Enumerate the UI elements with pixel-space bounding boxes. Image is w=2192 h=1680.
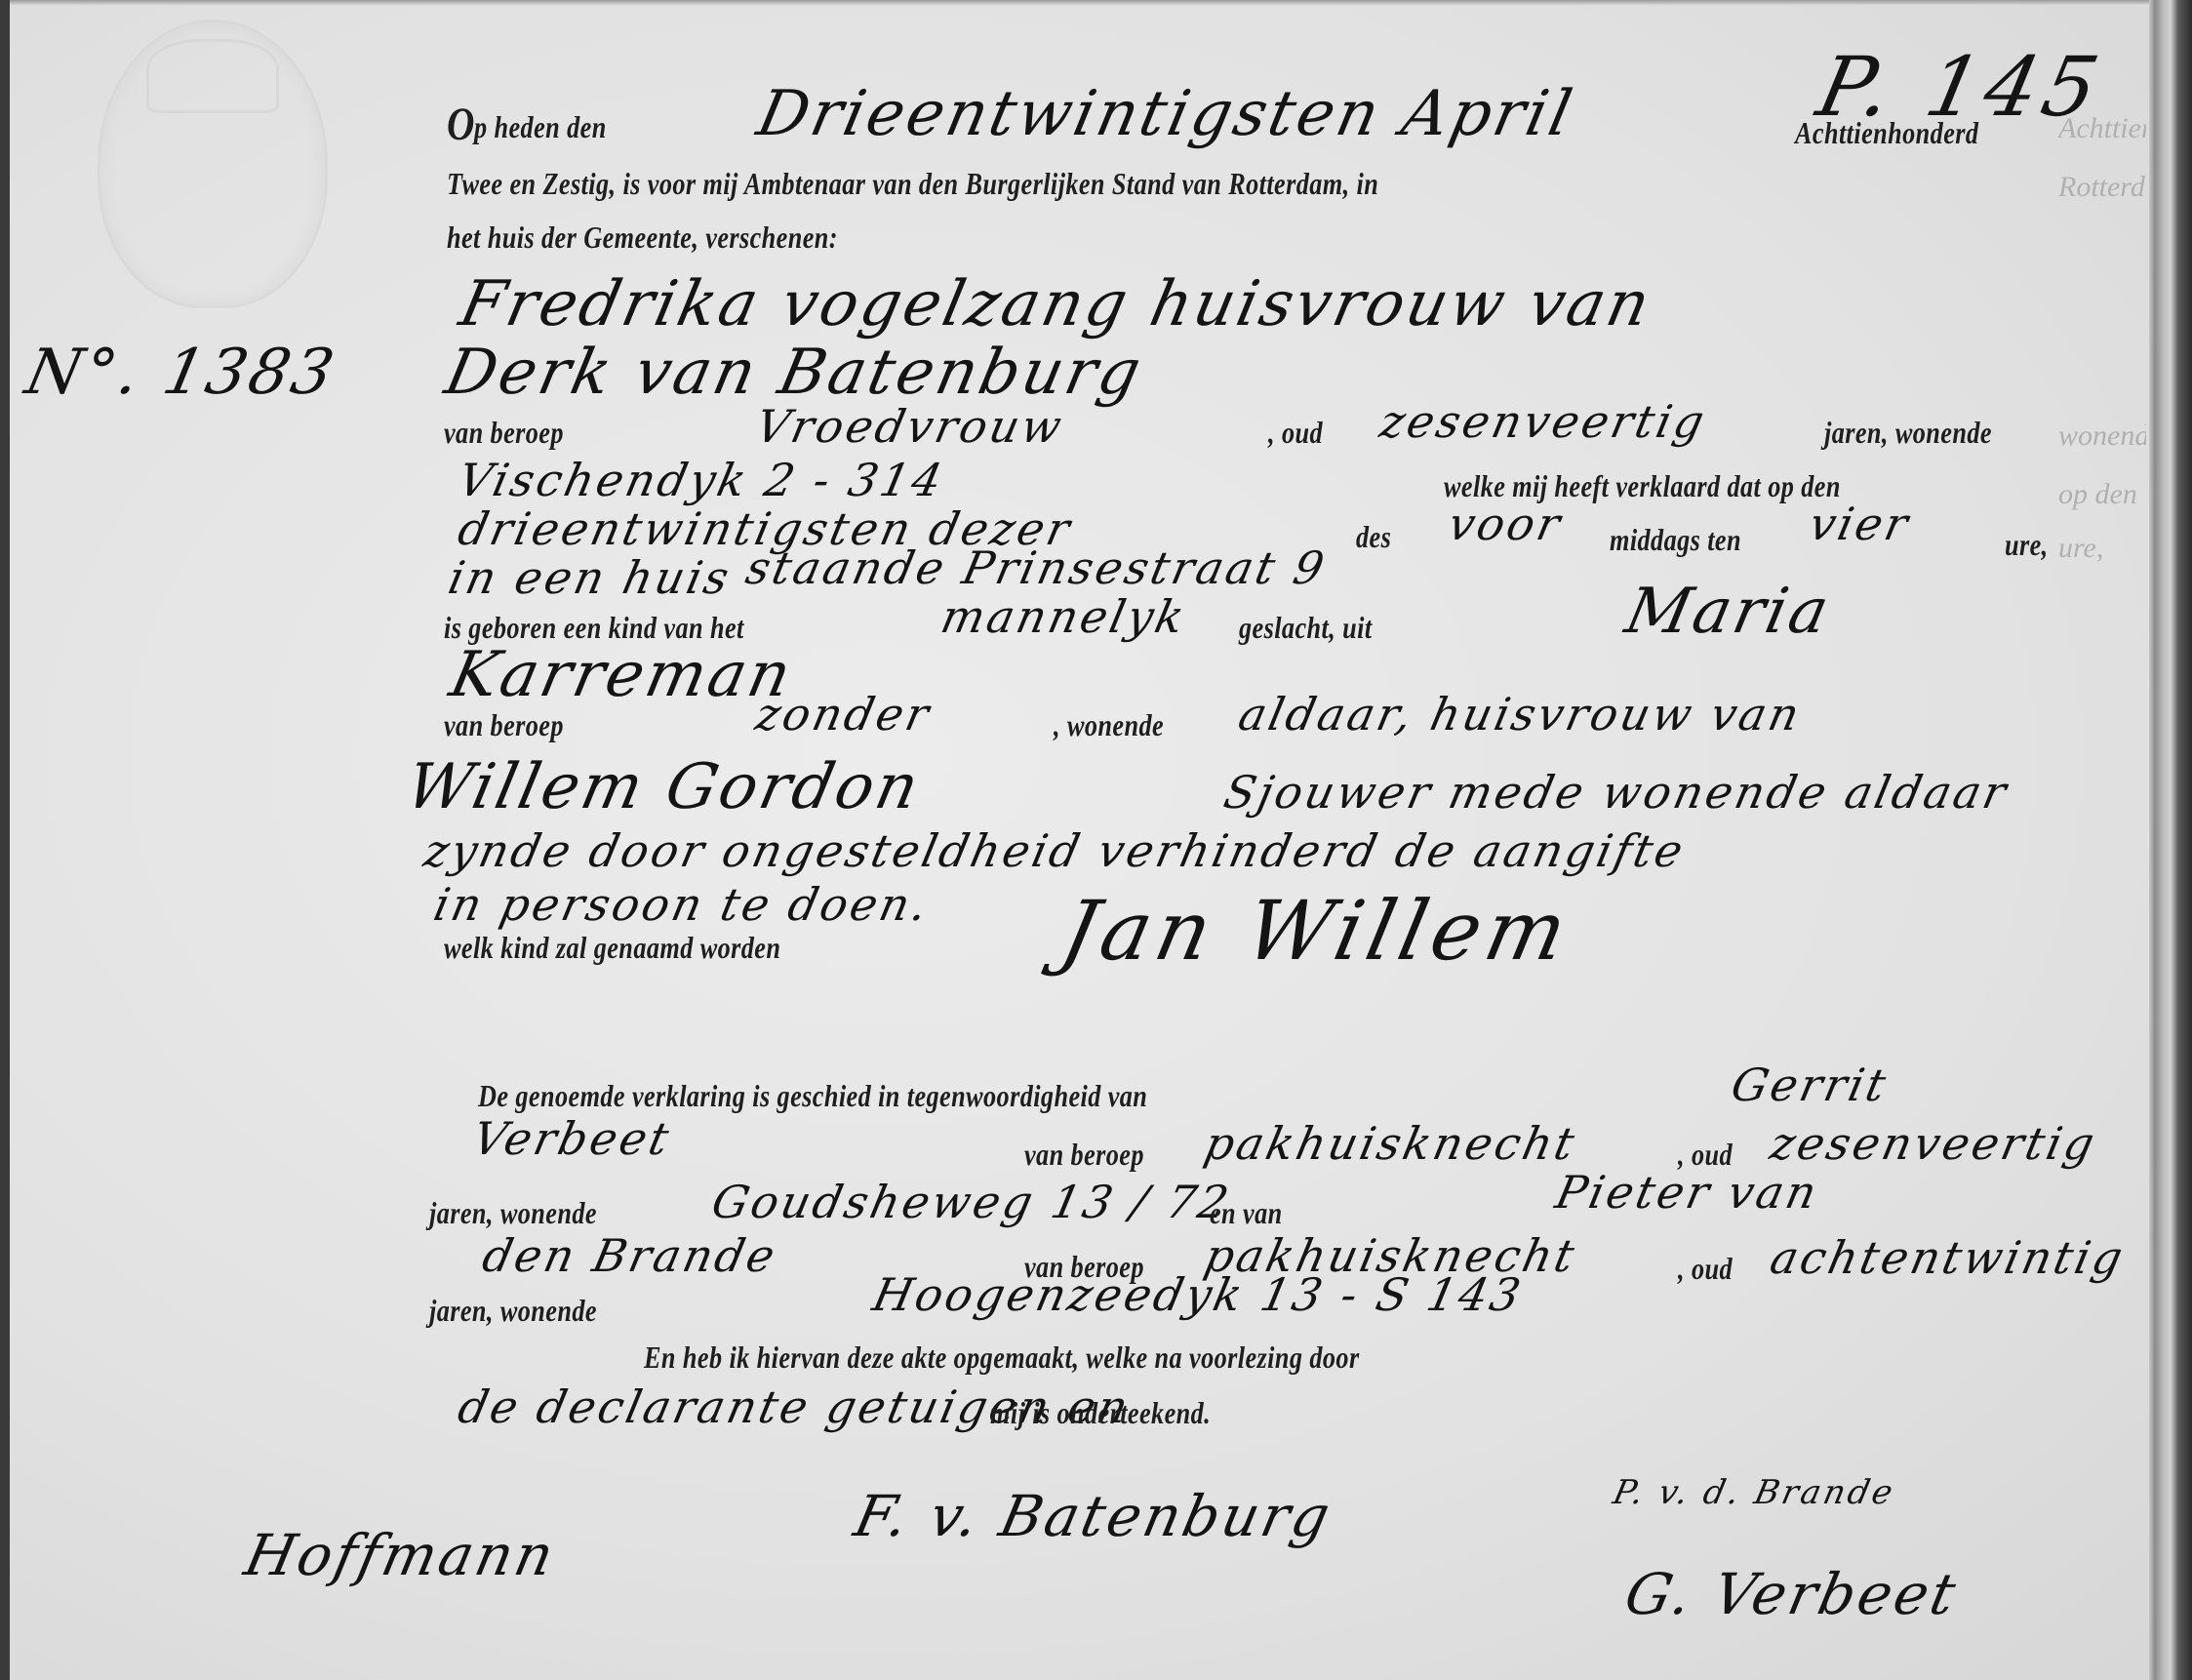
handwritten-absence-note: in persoon te doen. xyxy=(429,878,935,931)
printed-text: ure, xyxy=(2005,527,2049,563)
bleed-through-text: wonende xyxy=(2058,420,2146,453)
printed-text: Achttienhonderd xyxy=(1795,115,1978,151)
handwritten-father-name: Willem Gordon xyxy=(400,751,928,823)
certificate-page: Achttienhonderd Rotterdam, in wonende op… xyxy=(0,0,2192,1680)
handwritten-child-name: Jan Willem xyxy=(1054,883,1580,979)
printed-text: En heb ik hiervan deze akte opgemaakt, w… xyxy=(644,1340,1360,1376)
printed-text: Twee en Zestig, is voor mij Ambtenaar va… xyxy=(447,166,1378,202)
handwritten-place: in een huis xyxy=(444,551,737,604)
handwritten-witness1-occupation: pakhuisknecht xyxy=(1200,1117,1581,1170)
printed-text: van beroep xyxy=(1024,1137,1144,1173)
handwritten-mother-residence: aldaar, huisvrouw van xyxy=(1234,688,1807,740)
handwritten-witness2-age: achtentwintig xyxy=(1766,1231,2130,1284)
handwritten-witness2-first: Pieter van xyxy=(1551,1166,1824,1219)
handwritten-witness1-address: Goudsheweg 13 / 72 xyxy=(707,1176,1236,1228)
handwritten-hour: vier xyxy=(1805,498,1915,550)
printed-text: jaren, wonende xyxy=(429,1293,597,1329)
bleed-through-text: Rotterdam, in xyxy=(2058,171,2146,204)
handwritten-witness1-age: zesenveertig xyxy=(1766,1117,2101,1170)
handwritten-declarant: Fredrika vogelzang huisvrouw van xyxy=(454,268,1658,340)
handwritten-place-street: staande Prinsestraat 9 xyxy=(741,541,1332,594)
printed-text: van beroep xyxy=(444,415,564,451)
certificate-number: N°. 1383 xyxy=(20,337,342,409)
handwritten-witness2-address: Hoogenzeedyk 13 - S 143 xyxy=(868,1268,1528,1321)
printed-text: jaren, wonende xyxy=(429,1195,597,1231)
handwritten-witness1-last: Verbeet xyxy=(468,1112,676,1165)
printed-text: p heden den xyxy=(474,109,607,145)
signature-batenburg: F. v. Batenburg xyxy=(849,1483,1338,1549)
signature-verbeet: G. Verbeet xyxy=(1619,1561,1964,1627)
printed-text: , wonende xyxy=(1054,707,1164,743)
handwritten-witness1-first: Gerrit xyxy=(1727,1059,1893,1111)
signature-brande: P. v. d. Brande xyxy=(1610,1473,1899,1512)
handwritten-sex: mannelyk xyxy=(937,590,1192,643)
printed-text: jaren, wonende xyxy=(1824,415,1992,451)
handwritten-absence-note: zynde door ongesteldheid verhinderd de a… xyxy=(419,824,1691,877)
printed-text: welk kind zal genaamd worden xyxy=(444,930,780,966)
handwritten-mother-first-name: Maria xyxy=(1619,576,1838,648)
handwritten-declarant-husband: Derk van Batenburg xyxy=(439,337,1149,409)
printed-text: en van xyxy=(1210,1195,1283,1231)
printed-text: het huis der Gemeente, verschenen: xyxy=(447,220,838,256)
printed-text: mij is onderteekend. xyxy=(990,1395,1211,1431)
printed-text: des xyxy=(1356,519,1391,555)
printed-text: , oud xyxy=(1678,1251,1733,1287)
handwritten-address: Vischendyk 2 - 314 xyxy=(454,454,949,506)
printed-text: geslacht, uit xyxy=(1239,610,1373,646)
handwritten-father-note: Sjouwer mede wonende aldaar xyxy=(1219,766,2013,819)
bleed-through-text: op den xyxy=(2058,478,2146,511)
printed-initial-o: O xyxy=(447,98,475,151)
book-binding-edge xyxy=(2149,0,2192,1680)
printed-text: middags ten xyxy=(1610,522,1741,558)
signature-hoffmann: Hoffmann xyxy=(239,1522,562,1588)
handwritten-mother-occupation: zonder xyxy=(751,688,937,740)
handwritten-date: Drieentwintigsten April xyxy=(751,78,1580,150)
handwritten-occupation: Vroedvrouw xyxy=(751,400,1069,453)
handwritten-mother-last-name: Karreman xyxy=(444,639,800,711)
handwritten-age: zesenveertig xyxy=(1375,395,1711,448)
seal-crown-icon xyxy=(146,39,279,113)
page-left-edge xyxy=(0,0,10,1680)
printed-text: van beroep xyxy=(444,707,564,743)
handwritten-am-pm: voor xyxy=(1444,498,1568,550)
bleed-through-text: ure, xyxy=(2058,532,2146,565)
printed-text: De genoemde verklaring is geschied in te… xyxy=(478,1078,1147,1114)
handwritten-witness2-last: den Brande xyxy=(478,1229,782,1282)
printed-text: , oud xyxy=(1268,415,1323,451)
page-top-edge xyxy=(0,0,2192,6)
